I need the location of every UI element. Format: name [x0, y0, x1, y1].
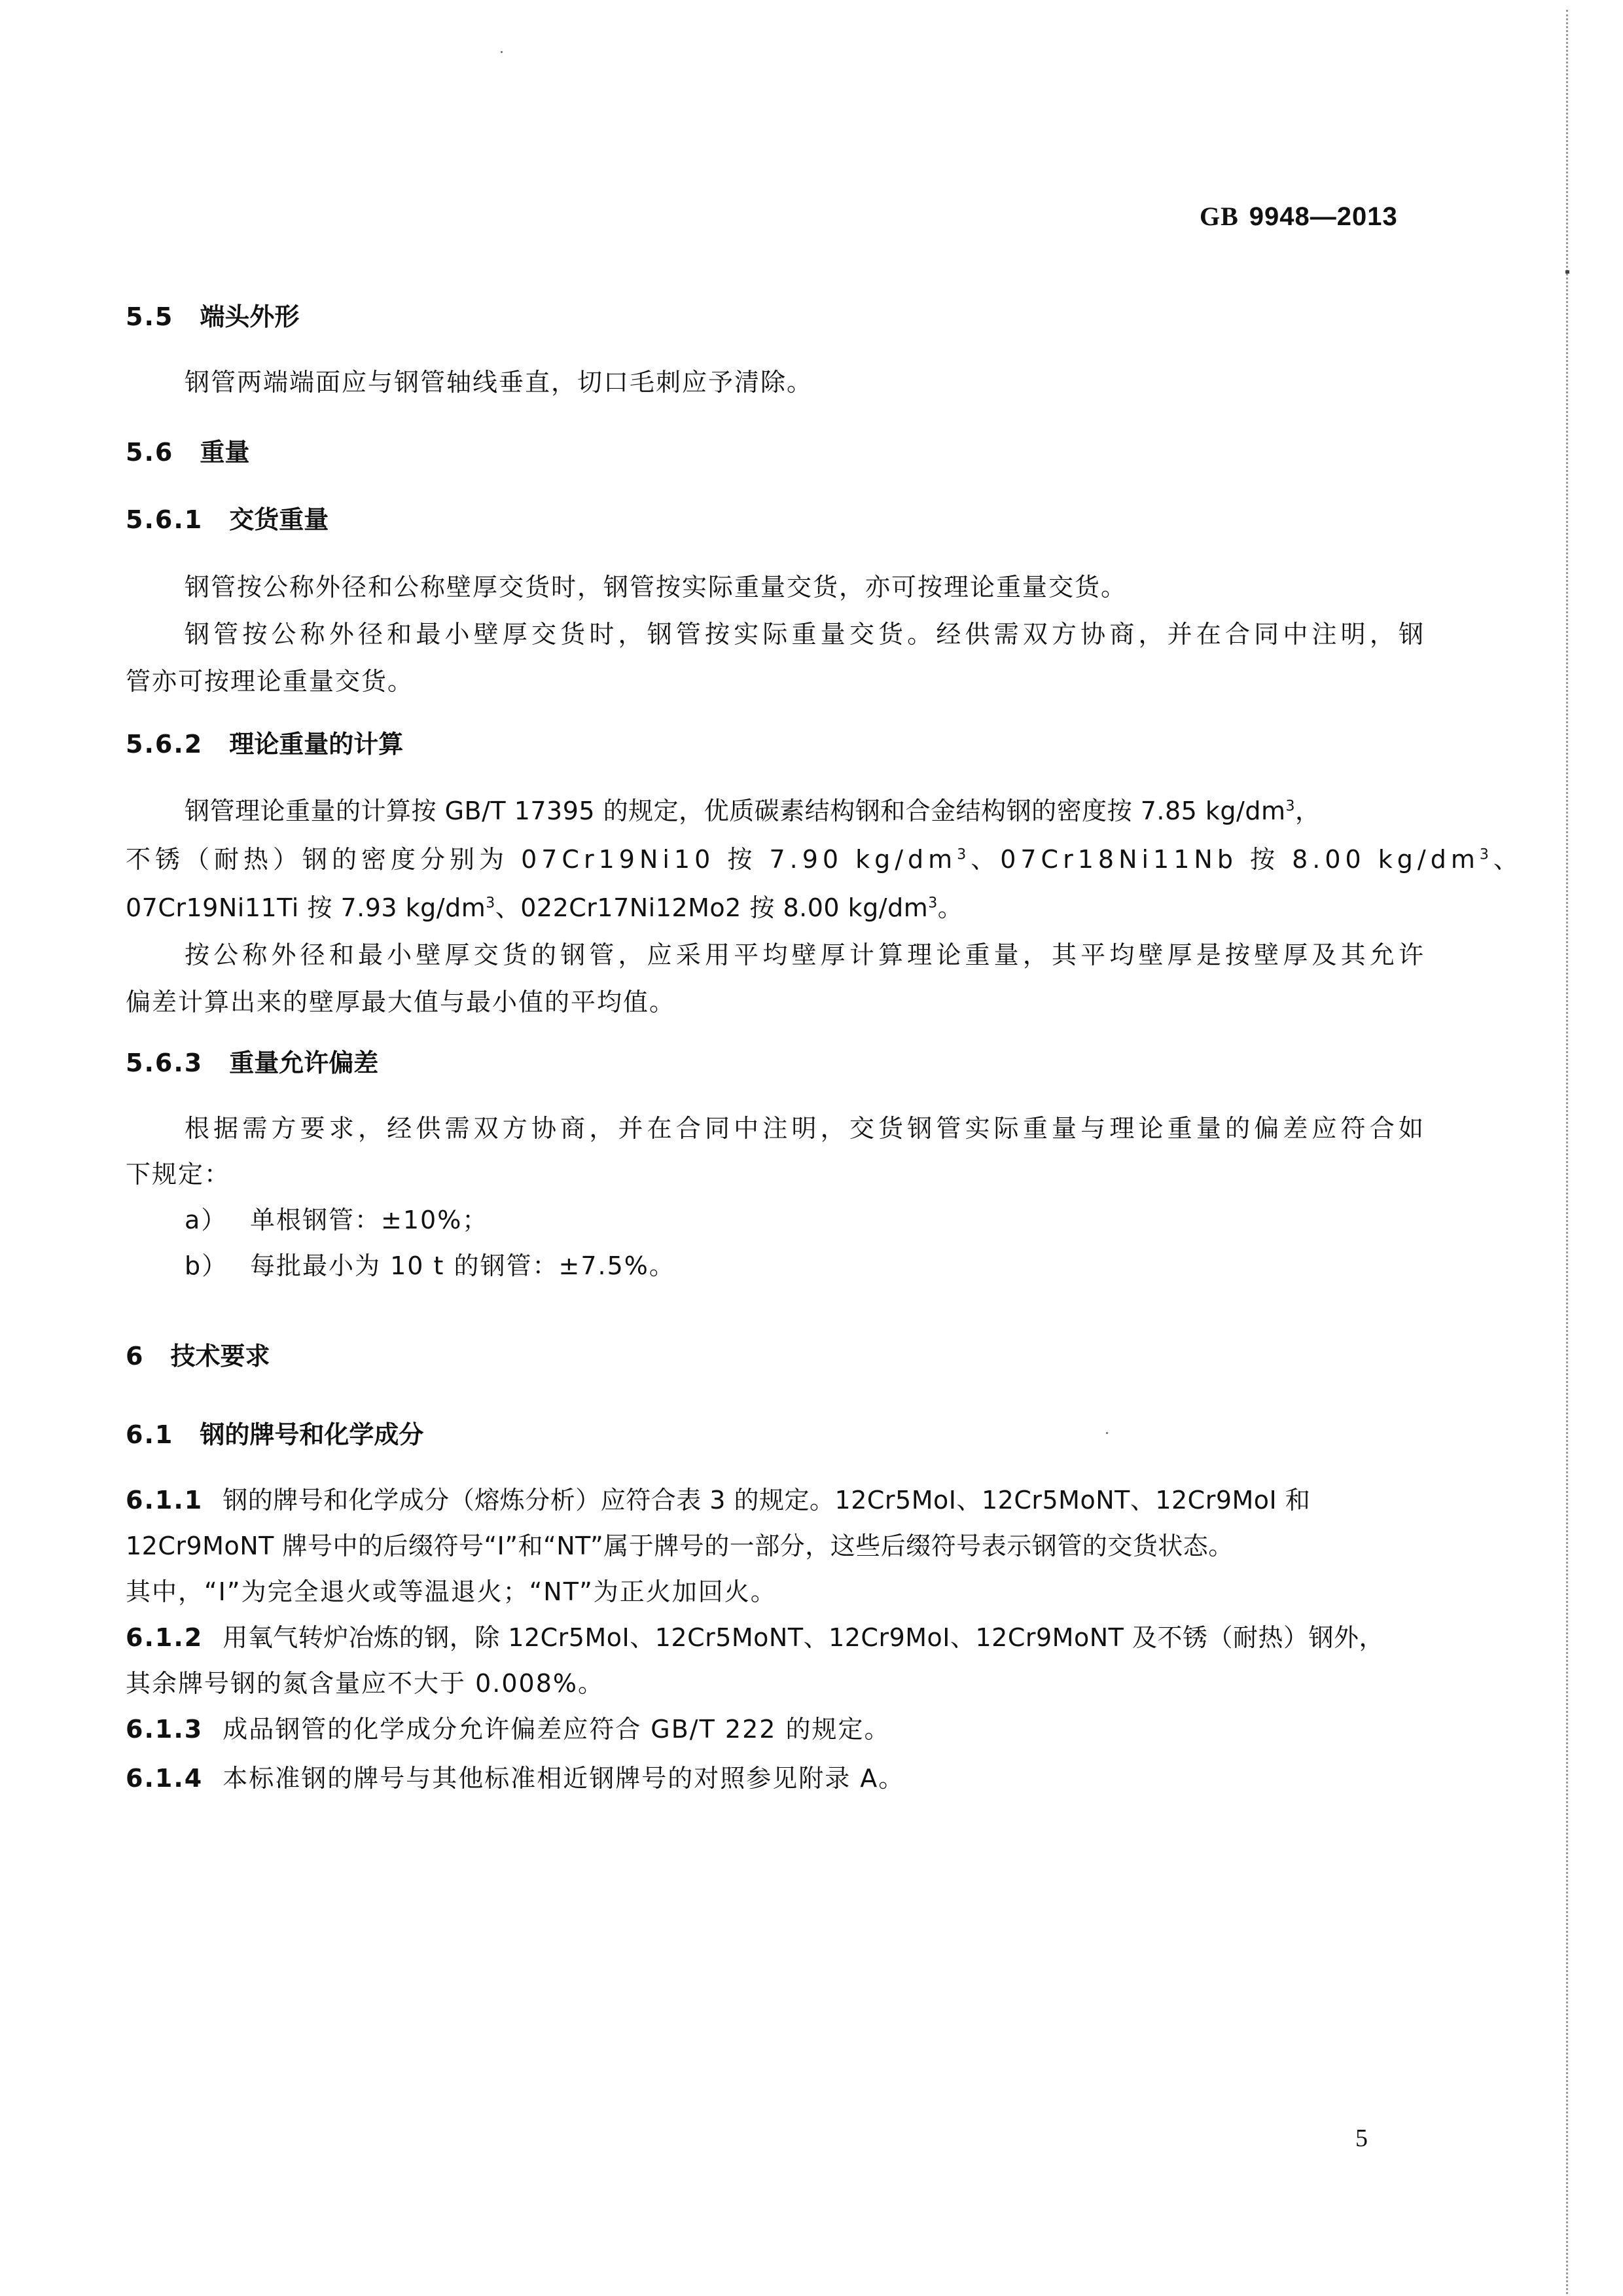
scan-edge-divider [1566, 10, 1568, 2294]
list-item-a: a）单根钢管：±10%； [185, 1208, 488, 1232]
list-item-b: b）每批最小为 10 t 的钢管：±7.5%。 [185, 1253, 675, 1278]
paragraph-5-6-2-a-line2: 不锈（耐热）钢的密度分别为 07Cr19Ni10 按 7.90 kg/dm3、0… [126, 847, 1523, 872]
paragraph-5-6-1-a: 钢管按公称外径和公称壁厚交货时，钢管按实际重量交货，亦可按理论重量交货。 [185, 575, 1127, 600]
clause-6-1-1-line3: 其中，“I”为完全退火或等温退火；“NT”为正火加回火。 [126, 1579, 777, 1604]
paragraph-5-6-1-b-line1: 钢管按公称外径和最小壁厚交货时，钢管按实际重量交货。经供需双方协商，并在合同中注… [185, 622, 1425, 647]
paragraph-5-5: 钢管两端端面应与钢管轴线垂直，切口毛刺应予清除。 [185, 370, 813, 395]
heading-title: 理论重量的计算 [229, 730, 403, 759]
list-item-label: b） [185, 1253, 250, 1278]
scan-speck [501, 51, 503, 53]
list-item-label: a） [185, 1208, 250, 1232]
paragraph-5-6-1-b-line2: 管亦可按理论重量交货。 [126, 669, 414, 694]
heading-5-6: 5.6重量 [126, 440, 249, 465]
heading-title: 重量 [200, 438, 249, 467]
paragraph-5-6-2-a-line3: 07Cr19Ni11Ti 按 7.93 kg/dm3、022Cr17Ni12Mo… [126, 895, 963, 920]
heading-title: 重量允许偏差 [229, 1049, 378, 1077]
heading-title: 交货重量 [229, 505, 329, 534]
scan-speck [1106, 1432, 1108, 1434]
heading-5-6-3: 5.6.3重量允许偏差 [126, 1050, 378, 1075]
clause-6-1-2-line1: 6.1.2用氧气转炉冶炼的钢，除 12Cr5MoI、12Cr5MoNT、12Cr… [126, 1625, 1384, 1650]
heading-6-1: 6.1钢的牌号和化学成分 [126, 1422, 423, 1447]
list-item-text: 单根钢管：±10%； [250, 1206, 488, 1234]
paragraph-5-6-2-b-line1: 按公称外径和最小壁厚交货的钢管，应采用平均壁厚计算理论重量，其平均壁厚是按壁厚及… [185, 942, 1425, 967]
clause-6-1-1-line2: 12Cr9MoNT 牌号中的后缀符号“I”和“NT”属于牌号的一部分，这些后缀符… [126, 1534, 1234, 1558]
paragraph-5-6-3-line2: 下规定： [126, 1162, 230, 1187]
list-item-text: 每批最小为 10 t 的钢管：±7.5%。 [250, 1251, 675, 1280]
page-number: 5 [1355, 2124, 1368, 2153]
heading-title: 端头外形 [200, 302, 299, 331]
heading-6: 6技术要求 [126, 1344, 270, 1369]
scan-mark [1565, 270, 1569, 274]
clause-6-1-2-line2: 其余牌号钢的氮含量应不大于 0.008%。 [126, 1671, 604, 1696]
clause-6-1-4: 6.1.4本标准钢的牌号与其他标准相近钢牌号的对照参见附录 A。 [126, 1766, 904, 1791]
standard-prefix: GB [1200, 202, 1239, 231]
heading-5-6-1: 5.6.1交货重量 [126, 507, 329, 532]
heading-title: 技术要求 [170, 1342, 270, 1371]
standard-number: 9948—2013 [1249, 202, 1398, 231]
paragraph-5-6-2-b-line2: 偏差计算出来的壁厚最大值与最小值的平均值。 [126, 990, 675, 1014]
document-page: GB9948—2013 5.5端头外形 钢管两端端面应与钢管轴线垂直，切口毛刺应… [0, 0, 1623, 2296]
heading-5-6-2: 5.6.2理论重量的计算 [126, 732, 403, 757]
paragraph-5-6-2-a-line1: 钢管理论重量的计算按 GB/T 17395 的规定，优质碳素结构钢和合金结构钢的… [185, 798, 1321, 823]
clause-6-1-1-line1: 6.1.1钢的牌号和化学成分（熔炼分析）应符合表 3 的规定。12Cr5MoI、… [126, 1488, 1310, 1513]
standard-code-header: GB9948—2013 [1200, 201, 1398, 232]
heading-5-5: 5.5端头外形 [126, 304, 299, 329]
paragraph-5-6-3-line1: 根据需方要求，经供需双方协商，并在合同中注明，交货钢管实际重量与理论重量的偏差应… [185, 1116, 1425, 1141]
heading-title: 钢的牌号和化学成分 [200, 1420, 423, 1449]
clause-6-1-3: 6.1.3成品钢管的化学成分允许偏差应符合 GB/T 222 的规定。 [126, 1717, 891, 1742]
